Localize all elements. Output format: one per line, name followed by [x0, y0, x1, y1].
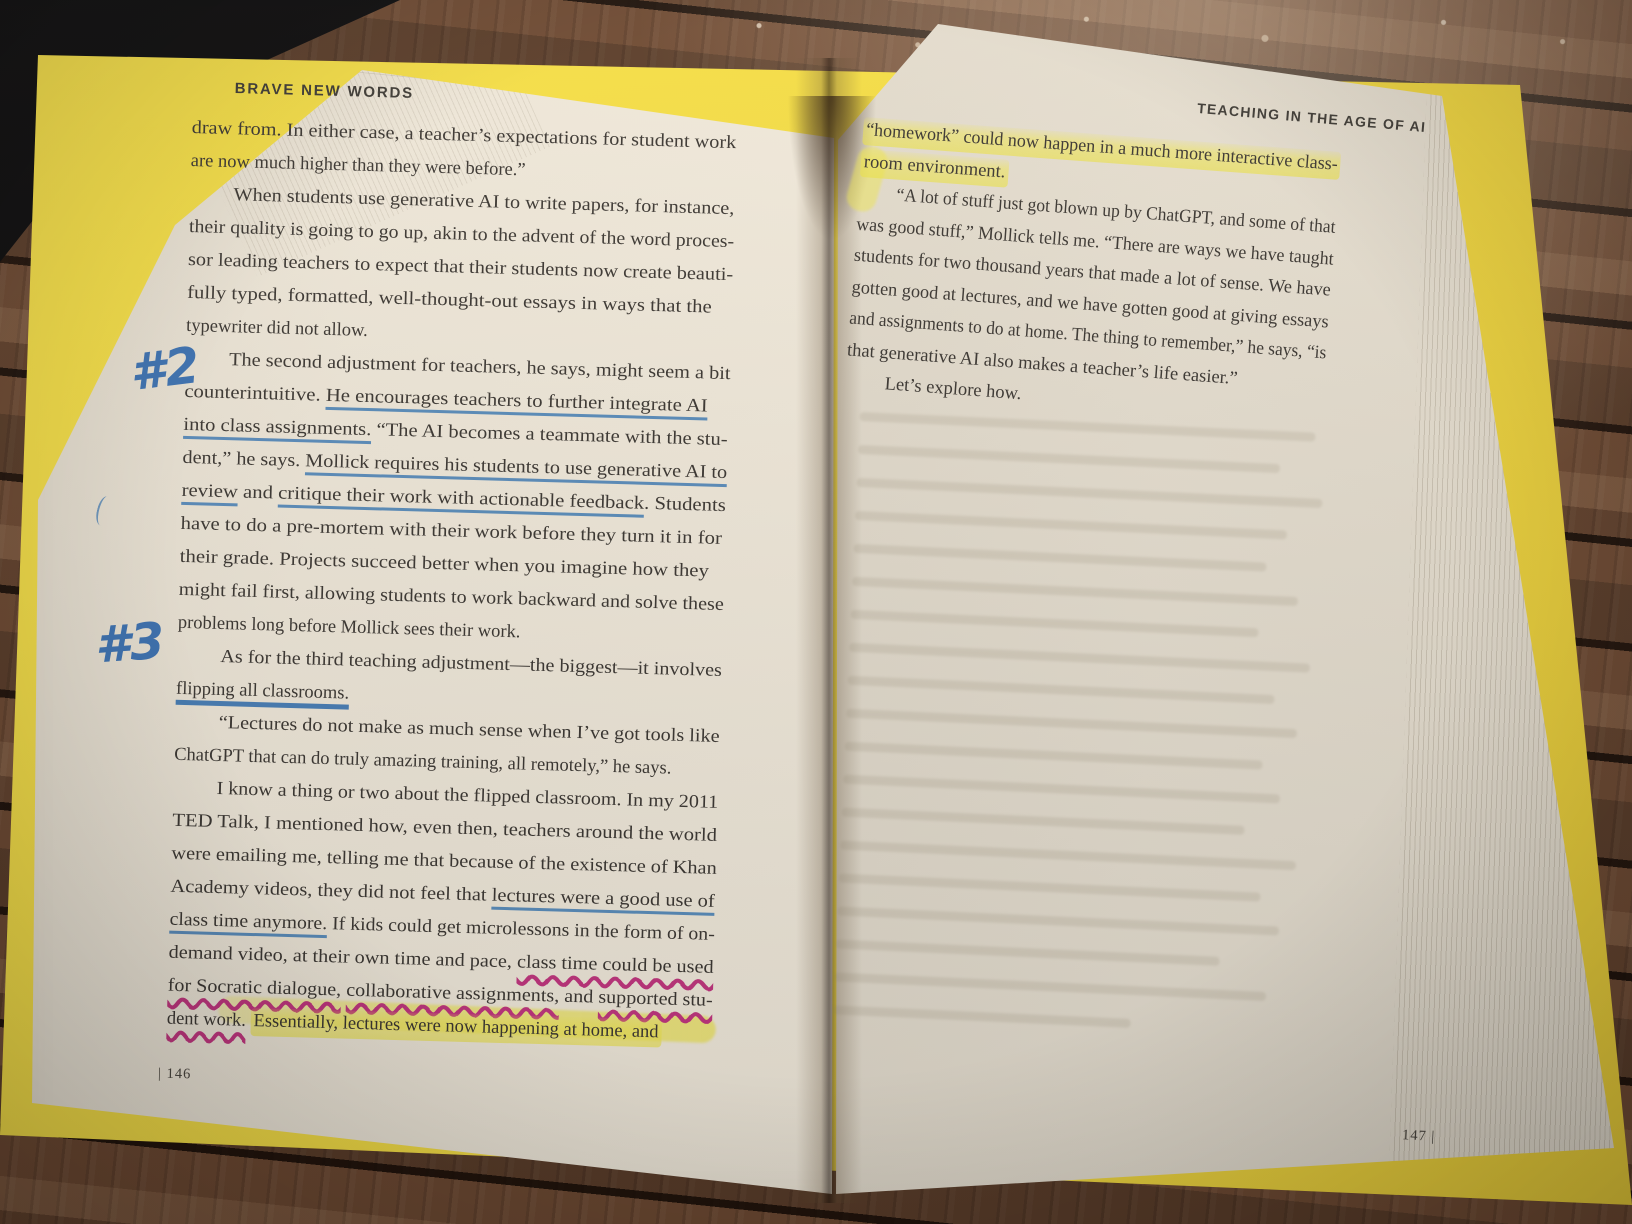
text-segment: . Students — [644, 494, 726, 516]
ghost-text-line — [840, 841, 1296, 871]
ghost-text-line — [846, 709, 1297, 738]
ghost-text-line — [834, 972, 1266, 1001]
right-page-number: 147 | — [1402, 1127, 1436, 1146]
left-page-text: draw from. In either case, a teacher’s e… — [166, 118, 737, 1057]
ghost-text-line — [833, 1005, 1131, 1027]
ghost-text-line — [839, 874, 1261, 902]
ghost-text-line — [836, 939, 1220, 965]
right-page-text: “homework” could now happen in a much mo… — [843, 120, 1340, 438]
ghost-text-line — [854, 544, 1267, 572]
annotation-ubt: flipping all classrooms. — [176, 679, 350, 704]
annotation-up: class time could be used — [517, 952, 714, 977]
text-segment: dent,” he says. — [182, 448, 305, 471]
text-line-content: flipping all classrooms. — [176, 679, 350, 705]
annotation-up: for Socratic dialogue, — [167, 976, 341, 1001]
ghost-text-line — [852, 577, 1298, 606]
annotation-up: supported stu- — [598, 988, 713, 1011]
book-photo-scene: BRAVE NEW WORDS draw from. In either cas… — [0, 0, 1632, 1224]
ghost-text-line — [849, 643, 1310, 673]
annotation-ub: review — [181, 481, 238, 503]
ghost-text-line — [837, 906, 1279, 935]
ghost-text-line — [857, 478, 1323, 508]
ghost-text-line — [845, 742, 1263, 770]
ghost-text-line — [858, 445, 1280, 473]
ghost-text-line — [843, 775, 1280, 804]
ghost-text-line — [855, 511, 1287, 540]
ghost-text-line — [848, 676, 1275, 704]
text-line-content: typewriter did not allow. — [186, 316, 368, 342]
handwritten-note-3: #3 — [93, 612, 166, 675]
handwritten-note-2: #2 — [127, 336, 203, 402]
annotation-ub: into class assignments. — [183, 415, 371, 440]
annotation-ub: class time anymore. — [169, 910, 327, 934]
ghost-text-line — [842, 808, 1245, 835]
annotation-up: dent work. — [167, 1009, 247, 1031]
text-segment: and — [238, 482, 279, 503]
show-through-text-ghost — [832, 412, 1340, 1060]
ghost-text-line — [851, 610, 1259, 637]
text-segment: typewriter did not allow. — [186, 316, 368, 341]
text-segment: counterintuitive. — [184, 382, 326, 406]
left-page-number: | 146 — [158, 1066, 192, 1084]
text-segment: and — [559, 987, 599, 1008]
